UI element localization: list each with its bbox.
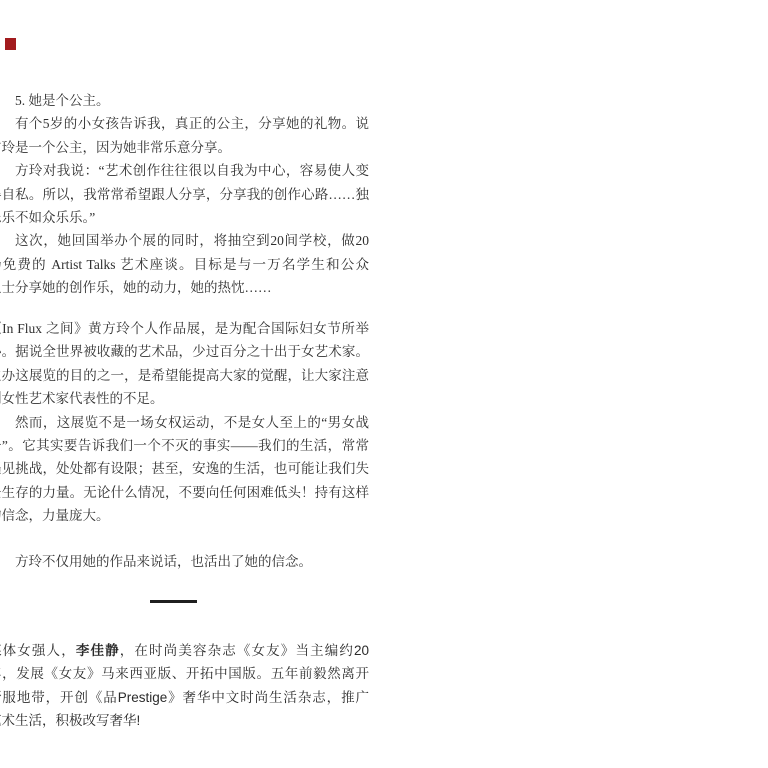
text-line: 得自私。所以，我常常希望跟人分享，分享我的创作心路……独 [0, 183, 369, 206]
text-line: 这次，她回国举办个展的同时，将抽空到20间学校，做20 [0, 229, 369, 252]
text-line: 媒体女强人，李佳静，在时尚美容杂志《女友》当主编约20 [0, 639, 369, 662]
section-divider [150, 600, 197, 603]
text-line: 方玲不仅用她的作品来说话，也活出了她的信念。 [0, 550, 369, 573]
author-name: 李佳静 [76, 643, 120, 658]
document-page: 5. 她是个公主。 有个5岁的小女孩告诉我，真正的公主，分享她的礼物。说 方玲是… [0, 0, 768, 768]
text-line: 艺术生活，积极改写奢华! [0, 709, 369, 732]
text-line: 去生存的力量。无论什么情况，不要向任何困难低头！持有这样 [0, 481, 369, 504]
text-line: 到女性艺术家代表性的不足。 [0, 387, 369, 410]
text-line: 主办这展览的目的之一，是希望能提高大家的觉醒，让大家注意 [0, 364, 369, 387]
author-bio-block: 媒体女强人，李佳静，在时尚美容杂志《女友》当主编约20 年，发展《女友》马来西亚… [0, 639, 369, 733]
red-square-marker [5, 38, 16, 50]
text-line: 方玲对我说：“艺术创作往往很以自我为中心，容易使人变 [0, 159, 369, 182]
paragraph-block-2: 《In Flux 之间》黄方玲个人作品展，是为配合国际妇女节所举 办。据说全世界… [0, 317, 369, 528]
paragraph-block-3: 方玲不仅用她的作品来说话，也活出了她的信念。 [0, 550, 369, 573]
text-line: 方玲是一个公主，因为她非常乐意分享。 [0, 136, 369, 159]
text-line: 有个5岁的小女孩告诉我，真正的公主，分享她的礼物。说 [0, 112, 369, 135]
text-line: 年，发展《女友》马来西亚版、开拓中国版。五年前毅然离开 [0, 662, 369, 685]
text-line: 遇见挑战，处处都有设限；甚至，安逸的生活，也可能让我们失 [0, 457, 369, 480]
bio-suffix: ，在时尚美容杂志《女友》当主编约20 [120, 643, 369, 658]
text-line: 场免费的 Artist Talks 艺术座谈。目标是与一万名学生和公众 [0, 253, 369, 276]
text-line: 人士分享她的创作乐，她的动力，她的热忱…… [0, 276, 369, 299]
text-line: 然而，这展览不是一场女权运动，不是女人至上的“男女战 [0, 411, 369, 434]
text-line: 争”。它其实要告诉我们一个不灭的事实——我们的生活，常常 [0, 434, 369, 457]
paragraph-block-1: 5. 她是个公主。 有个5岁的小女孩告诉我，真正的公主，分享她的礼物。说 方玲是… [0, 89, 369, 300]
text-line: 舒服地带，开创《品Prestige》奢华中文时尚生活杂志，推广 [0, 686, 369, 709]
text-line: 办。据说全世界被收藏的艺术品，少过百分之十出于女艺术家。 [0, 340, 369, 363]
text-line: 5. 她是个公主。 [0, 89, 369, 112]
text-line: 《In Flux 之间》黄方玲个人作品展，是为配合国际妇女节所举 [0, 317, 369, 340]
text-line: 的信念，力量庞大。 [0, 504, 369, 527]
text-line: 乐乐不如众乐乐。” [0, 206, 369, 229]
bio-prefix: 媒体女强人， [0, 643, 76, 658]
